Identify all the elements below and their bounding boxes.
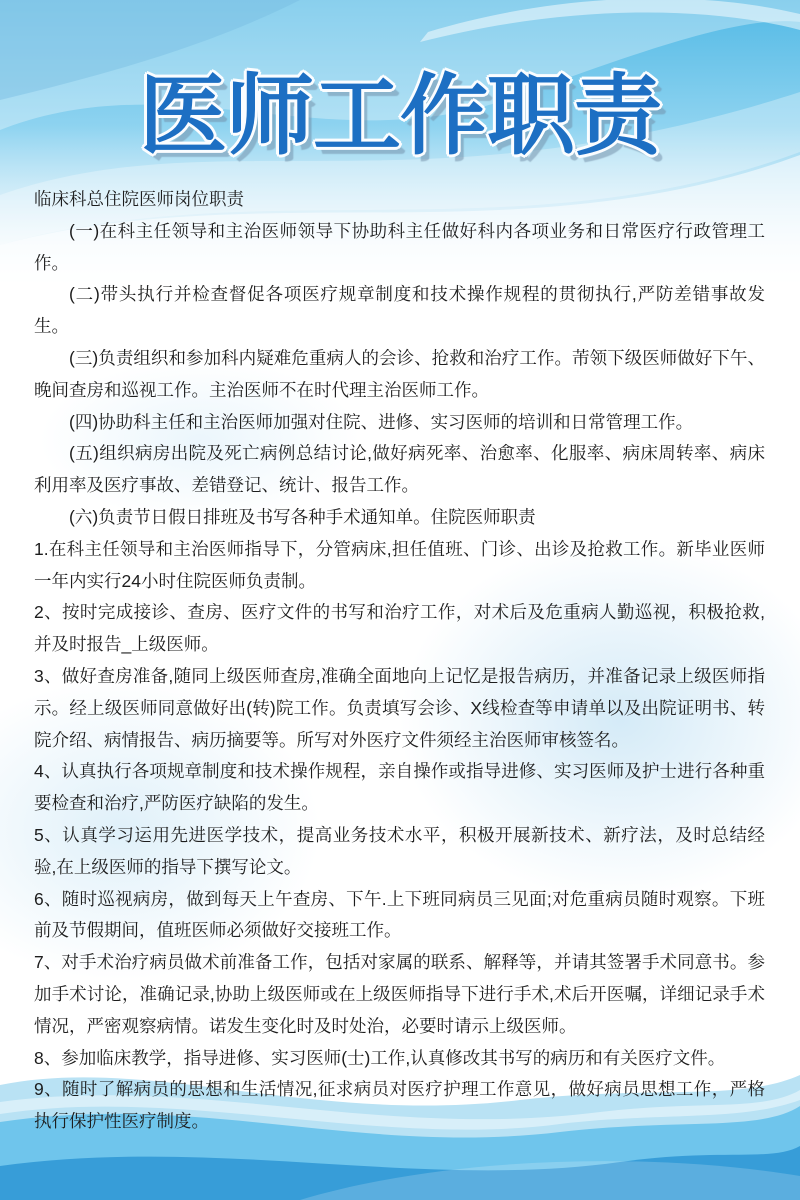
resident-duty-5: 5、认真学习运用先进医学技术，提高业务技术水平，积极开展新技术、新疗法，及时总结… bbox=[34, 820, 765, 884]
poster-page: 医师工作职责 临床科总住院医师岗位职责 (一)在科主任领导和主治医师领导下协助科… bbox=[0, 0, 800, 1200]
resident-duty-9: 9、随时了解病员的思想和生活情况,征求病员对医疗护理工作意见，做好病员思想工作，… bbox=[34, 1074, 765, 1138]
duty-paragraph-3: (三)负责组织和参加科内疑难危重病人的会诊、抢救和治疗工作。芾领下级医师做好下午… bbox=[34, 343, 765, 407]
page-title: 医师工作职责 bbox=[0, 72, 800, 164]
resident-duty-8: 8、参加临床教学，指导进修、实习医师(士)工作,认真修改其书写的病历和有关医疗文… bbox=[34, 1043, 765, 1075]
resident-duty-3: 3、做好查房准备,随同上级医师查房,准确全面地向上记忆是报告病历，并准备记录上级… bbox=[34, 661, 765, 756]
duty-paragraph-1: (一)在科主任领导和主治医师领导下协助科主任做好科内各项业务和日常医疗行政管理工… bbox=[34, 216, 765, 280]
resident-duty-7: 7、对手术治疗病员做术前准备工作，包括对家属的联系、解释等，并请其签署手术同意书… bbox=[34, 947, 765, 1042]
duty-paragraph-6: (六)负责节日假日排班及书写各种手术通知单。住院医师职责 bbox=[34, 502, 765, 534]
resident-duty-4: 4、认真执行各项规章制度和技术操作规程，亲自操作或指导进修、实习医师及护士进行各… bbox=[34, 756, 765, 820]
resident-duty-1: 1.在科主任领导和主治医师指导下，分管病床,担任值班、门诊、出诊及抢救工作。新毕… bbox=[34, 534, 765, 598]
duty-paragraph-5: (五)组织病房出院及死亡病例总结讨论,做好病死率、治愈率、化服率、病床周转率、病… bbox=[34, 438, 765, 502]
duty-paragraph-4: (四)协助科主任和主治医师加强对住院、进修、实习医师的培训和日常管理工作。 bbox=[34, 407, 765, 439]
resident-duty-6: 6、随时巡视病房，做到每天上午查房、下午.上下班同病员三见面;对危重病员随时观察… bbox=[34, 884, 765, 948]
resident-duty-2: 2、按时完成接诊、查房、医疗文件的书写和治疗工作，对术后及危重病人勤巡视，积极抢… bbox=[34, 597, 765, 661]
document-body: 临床科总住院医师岗位职责 (一)在科主任领导和主治医师领导下协助科主任做好科内各… bbox=[34, 184, 765, 1138]
intro-heading: 临床科总住院医师岗位职责 bbox=[34, 184, 765, 216]
duty-paragraph-2: (二)带头执行并检查督促各项医疗规章制度和技术操作规程的贯彻执行,严防差错事故发… bbox=[34, 279, 765, 343]
